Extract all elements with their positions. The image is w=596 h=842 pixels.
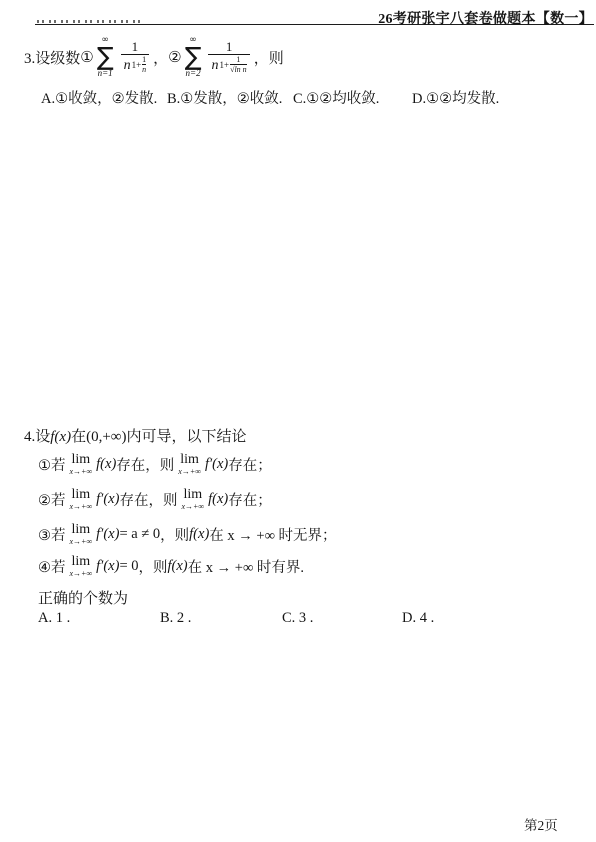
q4-prefix: 4.设 [24, 429, 50, 445]
statement-2-f1: f′(x) [96, 491, 119, 508]
statement-3-marker: ③若 [38, 524, 66, 545]
statement-1-tail: 存在； [228, 454, 272, 475]
limit-block: lim x→+∞ [70, 523, 93, 546]
q3-option-d: D.①②均发散. [412, 87, 499, 108]
worksheet-page: 26考研张宇八套卷做题本【数一】 3.设级数 ① ∞ ∑ n=1 1 n 1+ … [0, 0, 596, 842]
lim-word: lim [180, 453, 199, 467]
statement-4-equation: = 0 [119, 558, 138, 575]
limit-block: lim x→+∞ [70, 488, 93, 511]
statement-4-then: ，则 [139, 556, 168, 577]
exp1-minifraction: 1 n [142, 56, 146, 74]
fraction-1-denominator: n 1+ 1 n [121, 54, 150, 74]
limit-block: lim x→+∞ [178, 453, 201, 476]
q4-option-a: A. 1 . [38, 610, 70, 627]
cropped-text-remnant [37, 20, 145, 23]
q3-suffix: ，则 [254, 47, 284, 68]
fraction-2-numerator: 1 [226, 40, 233, 53]
exp2-prefix: 1+ [219, 61, 229, 70]
lim-word: lim [71, 453, 90, 467]
q4-function: f(x) [50, 429, 71, 445]
fraction-1-base: n [124, 56, 131, 73]
fraction-2-exponent: 1+ 1 √ln n [219, 56, 246, 74]
header-title: 26考研张宇八套卷做题本【数一】 [378, 8, 593, 28]
fraction-1-exponent: 1+ 1 n [132, 56, 147, 74]
question-3-stem: 3.设级数 ① ∞ ∑ n=1 1 n 1+ 1 n ， ② ∞ [24, 36, 284, 78]
lim-word: lim [71, 555, 90, 569]
q4-option-d: D. 4 . [402, 610, 434, 627]
exp1-mini-denominator: n [142, 64, 146, 74]
q3-option-b: B.①发散，②收敛. [167, 87, 282, 108]
q3-comma: ， [153, 47, 168, 68]
lim-word: lim [71, 523, 90, 537]
sum1-lower-limit: n=1 [98, 69, 113, 78]
fraction-2-base: n [211, 56, 218, 73]
q4-statement-4: ④若 lim x→+∞ f′(x) = 0 ，则 f(x) 在 x → +∞ 时… [38, 555, 304, 578]
statement-3-f1: f′(x) [96, 526, 119, 543]
limit-block: lim x→+∞ [70, 453, 93, 476]
statement-1-marker: ①若 [38, 454, 66, 475]
exp2-mini-numerator: 1 [236, 56, 240, 64]
lim-subscript: x→+∞ [181, 503, 204, 511]
sum2-lower-limit: n=2 [186, 69, 201, 78]
exp2-mini-denominator: √ln n [230, 64, 247, 74]
lim-subscript: x→+∞ [70, 503, 93, 511]
exp1-mini-numerator: 1 [142, 56, 146, 64]
summation-1: ∞ ∑ n=1 [97, 36, 114, 78]
q3-option-a: A.①收敛，②发散. [41, 87, 157, 108]
statement-3-tail: 在 x → +∞ 时无界； [209, 524, 336, 545]
exp2-minifraction: 1 √ln n [230, 56, 247, 74]
sigma-icon: ∑ [97, 45, 114, 68]
lim-word: lim [71, 488, 90, 502]
statement-3-equation: = a ≠ 0 [119, 526, 160, 543]
fraction-1-numerator: 1 [132, 40, 139, 53]
summation-2: ∞ ∑ n=2 [185, 36, 202, 78]
lim-word: lim [183, 488, 202, 502]
q3-prefix: 3.设级数 [24, 47, 80, 68]
page-number: 第2页 [524, 814, 558, 834]
q3-option-c: C.①②均收敛. [293, 87, 379, 108]
lim-subscript: x→+∞ [178, 468, 201, 476]
statement-4-f1: f′(x) [96, 558, 119, 575]
exp2-radicand: ln n [234, 65, 246, 74]
q3-series1-marker: ① [80, 48, 93, 67]
limit-block: lim x→+∞ [70, 555, 93, 578]
statement-3-then: ，则 [160, 524, 189, 545]
statement-1-mid: 存在，则 [116, 454, 174, 475]
q4-statement-2: ②若 lim x→+∞ f′(x) 存在，则 lim x→+∞ f(x) 存在； [38, 488, 272, 511]
q4-rest: 在(0,+∞)内可导，以下结论 [71, 429, 246, 445]
q4-option-c: C. 3 . [282, 610, 313, 627]
fraction-2: 1 n 1+ 1 √ln n [208, 40, 249, 74]
lim-subscript: x→+∞ [70, 468, 93, 476]
statement-4-marker: ④若 [38, 556, 66, 577]
question-4-stem: 4.设f(x)在(0,+∞)内可导，以下结论 [24, 425, 247, 446]
lim-subscript: x→+∞ [70, 538, 93, 546]
statement-2-tail: 存在； [228, 489, 272, 510]
fraction-2-denominator: n 1+ 1 √ln n [208, 54, 249, 74]
q4-statement-1: ①若 lim x→+∞ f(x) 存在，则 lim x→+∞ f′(x) 存在； [38, 453, 272, 476]
q4-statement-3: ③若 lim x→+∞ f′(x) = a ≠ 0 ，则 f(x) 在 x → … [38, 523, 337, 546]
q3-series2-marker: ② [168, 48, 181, 67]
statement-2-marker: ②若 [38, 489, 66, 510]
fraction-1: 1 n 1+ 1 n [121, 40, 150, 74]
statement-1-f2: f′(x) [205, 456, 228, 473]
statement-3-f2: f(x) [189, 526, 209, 543]
sigma-icon: ∑ [185, 45, 202, 68]
statement-2-f2: f(x) [208, 491, 228, 508]
q4-question-line: 正确的个数为 [38, 587, 128, 608]
statement-2-mid: 存在，则 [119, 489, 177, 510]
limit-block: lim x→+∞ [181, 488, 204, 511]
exp1-prefix: 1+ [132, 61, 142, 70]
q4-option-b: B. 2 . [160, 610, 191, 627]
lim-subscript: x→+∞ [70, 570, 93, 578]
statement-1-f1: f(x) [96, 456, 116, 473]
statement-4-tail: 在 x → +∞ 时有界. [188, 556, 304, 577]
statement-4-f2: f(x) [168, 558, 188, 575]
